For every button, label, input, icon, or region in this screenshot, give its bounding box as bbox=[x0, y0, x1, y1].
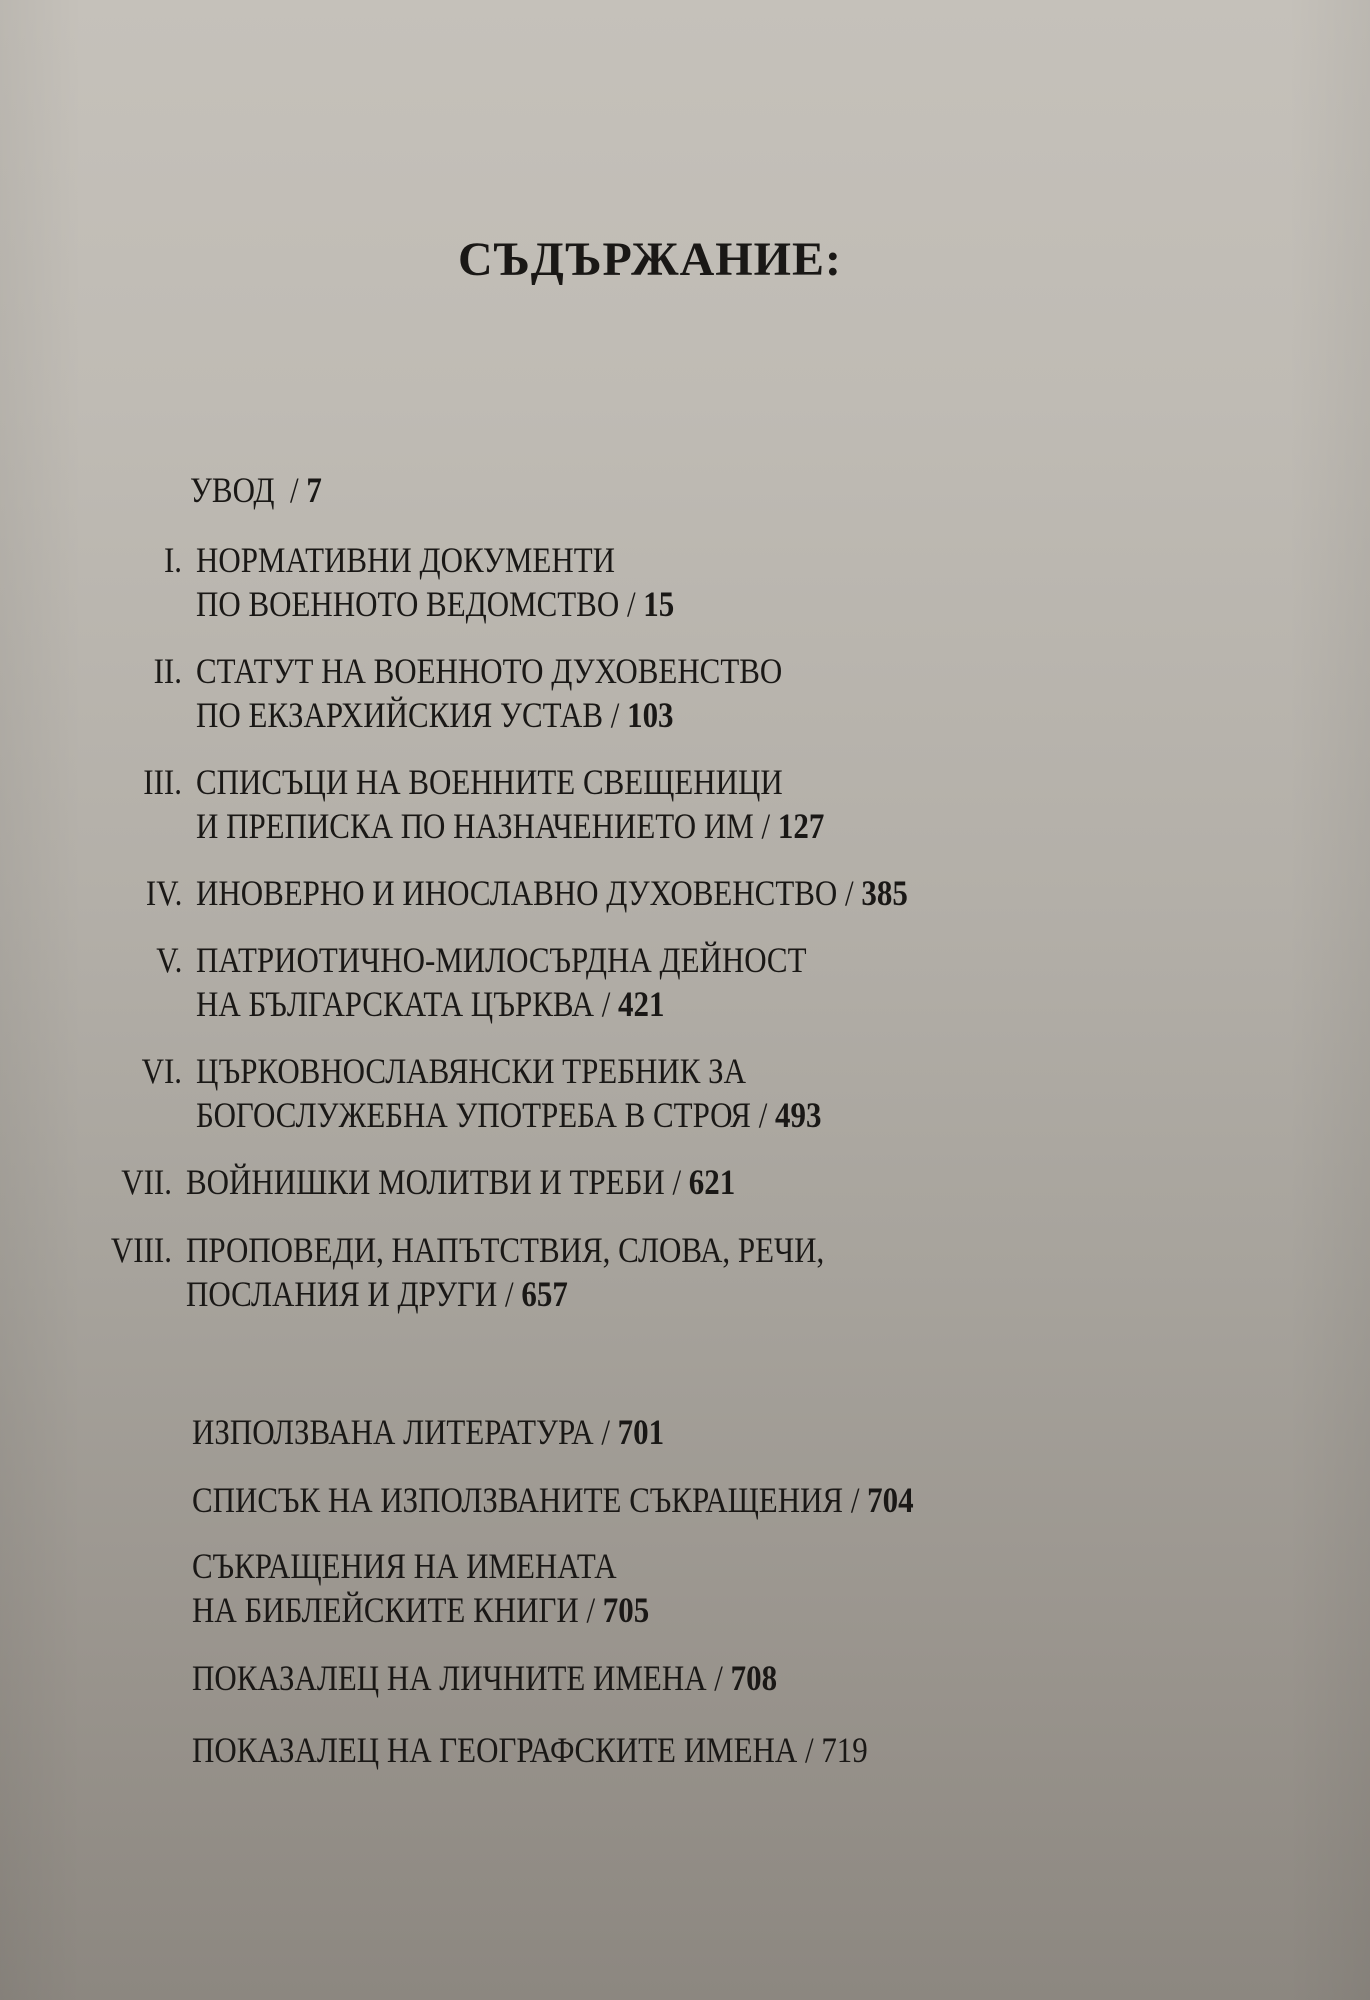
entry-label: ИНОВЕРНО И ИНОСЛАВНО ДУХОВЕНСТВО bbox=[196, 873, 837, 913]
toc-entry-intro: УВОД / 7 bbox=[190, 468, 322, 512]
entry-separator: / bbox=[837, 873, 861, 913]
entry-page: 719 bbox=[821, 1730, 867, 1770]
toc-chapter-line: ИНОВЕРНО И ИНОСЛАВНО ДУХОВЕНСТВО / 385 bbox=[196, 871, 908, 915]
entry-page: 704 bbox=[867, 1480, 913, 1520]
entry-label: БОГОСЛУЖЕБНА УПОТРЕБА В СТРОЯ bbox=[196, 1095, 751, 1135]
entry-page: 385 bbox=[861, 873, 907, 913]
toc-chapter-line: И ПРЕПИСКА ПО НАЗНАЧЕНИЕТО ИМ / 127 bbox=[196, 804, 824, 848]
entry-separator: / bbox=[754, 806, 778, 846]
entry-label: ЦЪРКОВНОСЛАВЯНСКИ ТРЕБНИК ЗА bbox=[196, 1051, 746, 1091]
entry-separator: / bbox=[579, 1590, 603, 1630]
toc-chapter-line: НОРМАТИВНИ ДОКУМЕНТИ bbox=[196, 538, 615, 582]
entry-separator: / bbox=[665, 1162, 689, 1202]
page-title: СЪДЪРЖАНИЕ: bbox=[0, 232, 1300, 287]
entry-label: ПАТРИОТИЧНО-МИЛОСЪРДНА ДЕЙНОСТ bbox=[196, 940, 806, 980]
entry-label: СЪКРАЩЕНИЯ НА ИМЕНАТА bbox=[192, 1546, 617, 1586]
entry-separator: / bbox=[594, 1412, 618, 1452]
entry-label: НА БИБЛЕЙСКИТЕ КНИГИ bbox=[192, 1590, 579, 1630]
entry-label: ПО ВОЕННОТО ВЕДОМСТВО bbox=[196, 584, 619, 624]
toc-appendix-line: СПИСЪК НА ИЗПОЛЗВАНИТЕ СЪКРАЩЕНИЯ / 704 bbox=[192, 1478, 914, 1522]
entry-label: ПО ЕКЗАРХИЙСКИЯ УСТАВ bbox=[196, 695, 603, 735]
toc-chapter-line: СТАТУТ НА ВОЕННОТО ДУХОВЕНСТВО bbox=[196, 649, 782, 693]
toc-chapter-line: СПИСЪЦИ НА ВОЕННИТЕ СВЕЩЕНИЦИ bbox=[196, 760, 783, 804]
chapter-number: V. bbox=[156, 938, 182, 982]
chapter-number: IV. bbox=[146, 871, 182, 915]
entry-label: ПОСЛАНИЯ И ДРУГИ bbox=[186, 1274, 497, 1314]
toc-chapter-line: ВОЙНИШКИ МОЛИТВИ И ТРЕБИ / 621 bbox=[186, 1160, 735, 1204]
toc-chapter-line: ПАТРИОТИЧНО-МИЛОСЪРДНА ДЕЙНОСТ bbox=[196, 938, 806, 982]
entry-separator: / bbox=[619, 584, 643, 624]
book-page: СЪДЪРЖАНИЕ: УВОД / 7 I.НОРМАТИВНИ ДОКУМЕ… bbox=[0, 0, 1370, 2000]
entry-page: 621 bbox=[689, 1162, 735, 1202]
entry-page: 708 bbox=[731, 1658, 777, 1698]
toc-appendix-line: ПОКАЗАЛЕЦ НА ГЕОГРАФСКИТЕ ИМЕНА / 719 bbox=[192, 1728, 868, 1772]
entry-separator: / bbox=[751, 1095, 775, 1135]
chapter-number: II. bbox=[154, 649, 182, 693]
entry-page: 15 bbox=[643, 584, 674, 624]
entry-label: ИЗПОЛЗВАНА ЛИТЕРАТУРА bbox=[192, 1412, 594, 1452]
entry-label: СПИСЪЦИ НА ВОЕННИТЕ СВЕЩЕНИЦИ bbox=[196, 762, 783, 802]
entry-separator: / bbox=[594, 984, 618, 1024]
toc-appendix-line: ПОКАЗАЛЕЦ НА ЛИЧНИТЕ ИМЕНА / 708 bbox=[192, 1656, 777, 1700]
entry-label: ПОКАЗАЛЕЦ НА ГЕОГРАФСКИТЕ ИМЕНА bbox=[192, 1730, 797, 1770]
toc-chapter-line: ПОСЛАНИЯ И ДРУГИ / 657 bbox=[186, 1272, 568, 1316]
entry-page: 103 bbox=[627, 695, 673, 735]
entry-page: 421 bbox=[618, 984, 664, 1024]
entry-separator: / bbox=[497, 1274, 521, 1314]
entry-label: И ПРЕПИСКА ПО НАЗНАЧЕНИЕТО ИМ bbox=[196, 806, 754, 846]
entry-page: 705 bbox=[603, 1590, 649, 1630]
entry-separator: / bbox=[843, 1480, 867, 1520]
entry-page: 127 bbox=[778, 806, 824, 846]
chapter-number: I. bbox=[164, 538, 182, 582]
chapter-number: VI. bbox=[142, 1049, 182, 1093]
toc-chapter-line: ПО ВОЕННОТО ВЕДОМСТВО / 15 bbox=[196, 582, 674, 626]
toc-chapter-line: БОГОСЛУЖЕБНА УПОТРЕБА В СТРОЯ / 493 bbox=[196, 1093, 821, 1137]
toc-appendix-line: НА БИБЛЕЙСКИТЕ КНИГИ / 705 bbox=[192, 1588, 649, 1632]
toc-chapter-line: ПО ЕКЗАРХИЙСКИЯ УСТАВ / 103 bbox=[196, 693, 674, 737]
entry-page: 657 bbox=[521, 1274, 567, 1314]
entry-label: СПИСЪК НА ИЗПОЛЗВАНИТЕ СЪКРАЩЕНИЯ bbox=[192, 1480, 843, 1520]
entry-page: 7 bbox=[306, 470, 321, 510]
toc-chapter-line: ЦЪРКОВНОСЛАВЯНСКИ ТРЕБНИК ЗА bbox=[196, 1049, 746, 1093]
entry-separator: / bbox=[797, 1730, 821, 1770]
entry-label: ВОЙНИШКИ МОЛИТВИ И ТРЕБИ bbox=[186, 1162, 665, 1202]
entry-separator: / bbox=[275, 470, 307, 510]
toc-appendix-line: СЪКРАЩЕНИЯ НА ИМЕНАТА bbox=[192, 1544, 617, 1588]
entry-label: НА БЪЛГАРСКАТА ЦЪРКВА bbox=[196, 984, 594, 1024]
toc-chapter-line: ПРОПОВЕДИ, НАПЪТСТВИЯ, СЛОВА, РЕЧИ, bbox=[186, 1228, 824, 1272]
entry-label: УВОД bbox=[190, 470, 275, 510]
toc-appendix-line: ИЗПОЛЗВАНА ЛИТЕРАТУРА / 701 bbox=[192, 1410, 664, 1454]
chapter-number: VII. bbox=[121, 1160, 172, 1204]
entry-label: СТАТУТ НА ВОЕННОТО ДУХОВЕНСТВО bbox=[196, 651, 782, 691]
chapter-number: VIII. bbox=[111, 1228, 172, 1272]
entry-page: 493 bbox=[775, 1095, 821, 1135]
chapter-number: III. bbox=[143, 760, 182, 804]
entry-label: ПОКАЗАЛЕЦ НА ЛИЧНИТЕ ИМЕНА bbox=[192, 1658, 707, 1698]
entry-separator: / bbox=[603, 695, 627, 735]
toc-chapter-line: НА БЪЛГАРСКАТА ЦЪРКВА / 421 bbox=[196, 982, 664, 1026]
entry-label: НОРМАТИВНИ ДОКУМЕНТИ bbox=[196, 540, 615, 580]
entry-label: ПРОПОВЕДИ, НАПЪТСТВИЯ, СЛОВА, РЕЧИ, bbox=[186, 1230, 824, 1270]
entry-separator: / bbox=[707, 1658, 731, 1698]
entry-page: 701 bbox=[618, 1412, 664, 1452]
